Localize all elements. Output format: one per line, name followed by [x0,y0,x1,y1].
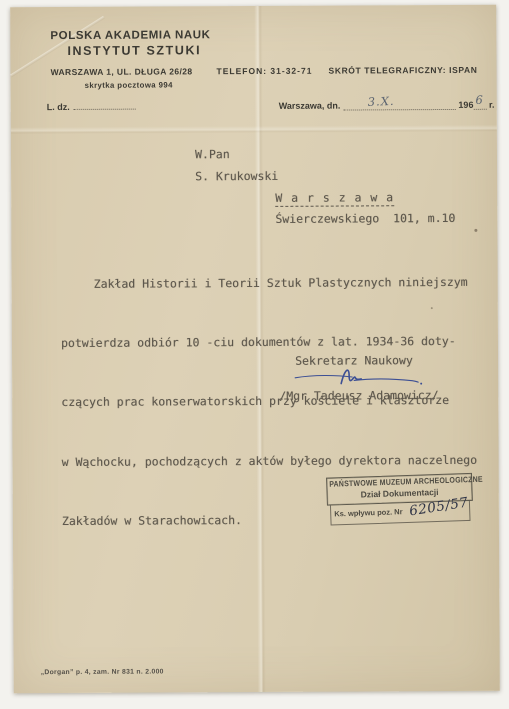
letterhead-po-box: skrytka pocztowa 994 [85,80,173,89]
reference-number-blank [74,100,136,110]
date-line: Warszawa, dn.3.X.1966 r. [279,99,495,111]
body-line: w Wąchocku, pochodzących z aktów byłego … [62,450,498,472]
paper-speck [474,229,477,232]
letterhead-phone: TELEFON: 31-32-71 [217,66,313,77]
year-suffix: r. [489,100,495,110]
organization-name-line2: INSTYTUT SZTUKI [67,43,201,58]
letter-paper: POLSKA AKADEMIA NAUK INSTYTUT SZTUKI WAR… [10,5,500,694]
horizontal-fold-crease [11,125,497,135]
letterhead-telegraph: SKRÓT TELEGRAFICZNY: ISPAN [329,65,478,76]
body-line: potwierdza odbiór 10 -ciu dokumentów z l… [61,332,497,354]
year-printed: 196 [458,100,473,110]
scan-background: POLSKA AKADEMIA NAUK INSTYTUT SZTUKI WAR… [0,0,509,709]
reference-number-line: L. dz. [47,100,136,112]
organization-name-line1: POLSKA AKADEMIA NAUK [50,29,210,42]
reference-number-label: L. dz. [47,102,70,112]
stamp-entry-label: Ks. wpływu poz. Nr [334,507,403,518]
date-place-label: Warszawa, dn. [279,101,341,111]
recipient-city: W a r s z a w a [275,190,394,207]
signer-name: /Mgr Tadeusz Adamowicz/ [279,388,438,403]
recipient-name: S. Krukowski [195,169,278,183]
handwritten-year-digit: 6 [475,93,482,107]
recipient-salutation: W.Pan [195,147,230,161]
letterhead-address: WARSZAWA 1, UL. DŁUGA 26/28 [51,66,193,77]
date-blank: 3.X. [343,99,455,111]
handwritten-date: 3.X. [367,94,394,109]
year-blank: 6 [473,99,486,110]
museum-stamp: PAŃSTWOWE MUZEUM ARCHEOLOGICZNE Dział Do… [326,473,474,526]
recipient-street: Świerczewskiego 101, m.10 [275,211,455,226]
printers-imprint: „Dorgan” p. 4, zam. Nr 831 n. 2.000 [41,668,164,676]
body-line: Zakład Historii i Teorii Sztuk Plastyczn… [61,272,497,294]
